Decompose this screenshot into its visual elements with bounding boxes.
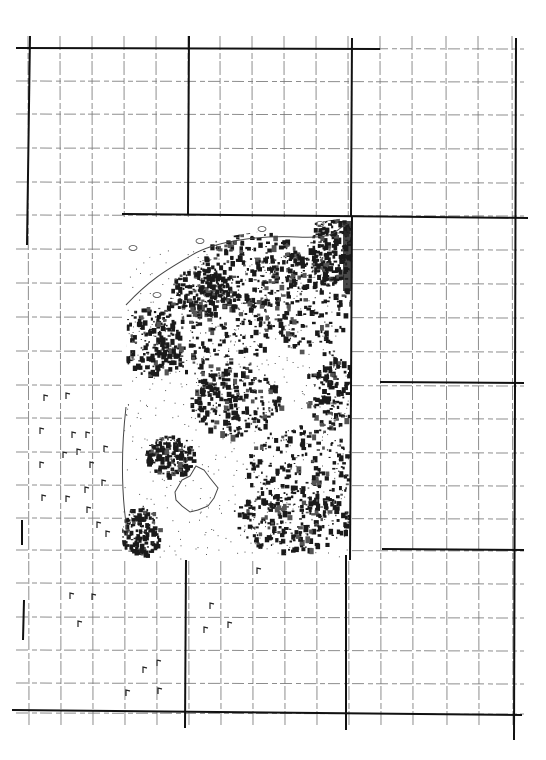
- hook-symbol-icon: [157, 660, 161, 666]
- hook-symbol-icon: [63, 452, 67, 458]
- hook-symbol-icon: [66, 393, 70, 399]
- map-canvas: [0, 0, 546, 760]
- hook-symbol-icon: [40, 428, 44, 434]
- hook-symbol-icon: [90, 462, 94, 468]
- hook-symbol-icon: [228, 622, 232, 628]
- hook-symbol-icon: [210, 603, 214, 609]
- hook-symbol-icon: [204, 627, 208, 633]
- hook-symbol-icon: [78, 621, 82, 627]
- hook-symbol-icon: [72, 432, 76, 438]
- hook-symbol-icon: [40, 462, 44, 468]
- hook-symbol-icon: [257, 568, 261, 574]
- hook-symbol-icon: [97, 522, 101, 528]
- hook-symbol-icon: [87, 507, 91, 513]
- map-inset: [121, 217, 359, 560]
- hook-symbol-icon: [143, 667, 147, 673]
- hook-symbol-icon: [106, 531, 110, 537]
- hook-symbol-icon: [66, 496, 70, 502]
- hook-symbol-icon: [70, 593, 74, 599]
- hook-symbol-icon: [86, 432, 90, 438]
- hook-symbol-icon: [42, 495, 46, 501]
- hook-symbol-icon: [126, 690, 130, 696]
- hook-symbol-icon: [158, 688, 162, 694]
- hook-symbol-icon: [85, 487, 89, 493]
- hook-symbol-icon: [44, 395, 48, 401]
- hook-symbol-icon: [104, 446, 108, 452]
- map-sheet: [0, 0, 546, 760]
- hook-symbol-icon: [92, 594, 96, 600]
